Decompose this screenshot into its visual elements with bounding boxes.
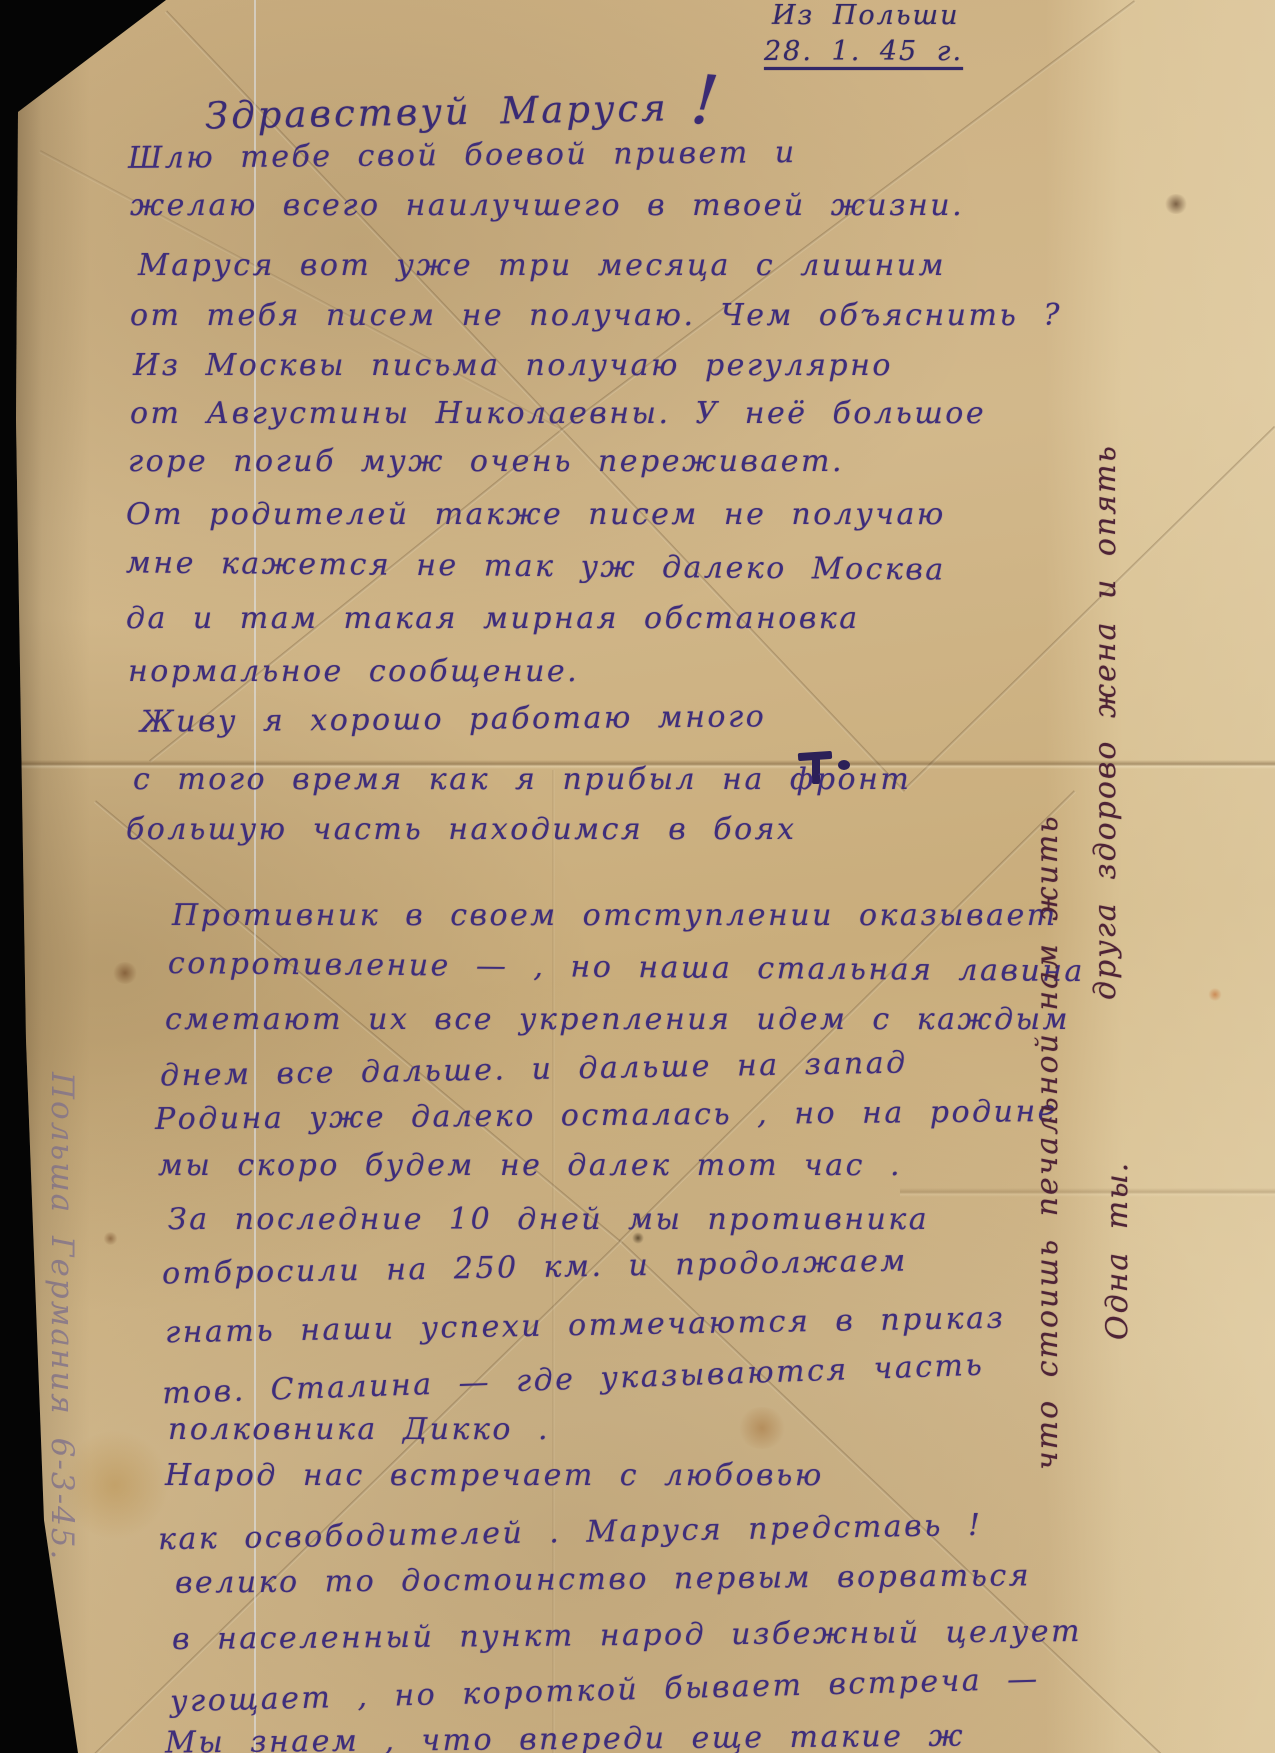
letter-date: 28. 1. 45 г. [764, 36, 963, 67]
handwriting-line: днем все дальше. и дальше на запад [160, 1045, 908, 1093]
handwriting-line: полковника Дикко . [168, 1412, 550, 1447]
handwriting-line: Из Москвы письма получаю регулярно [133, 348, 893, 383]
handwriting-line: велико то достоинство первым ворваться [175, 1558, 1031, 1600]
handwriting-line: Живу я хорошо работаю много [140, 699, 767, 739]
handwriting-line: горе погиб муж очень переживает. [128, 444, 844, 479]
letter-paper: Из Польши 28. 1. 45 г. Здравствуй Маруся… [0, 0, 1275, 1753]
handwriting-line: гнать наши успехи отмечаются в приказ [165, 1301, 1006, 1351]
handwriting-line: Маруся вот уже три месяца с лишним [138, 248, 946, 283]
handwriting-line: тов. Сталина — где указываются часть [162, 1348, 985, 1412]
scanned-letter: Из Польши 28. 1. 45 г. Здравствуй Маруся… [0, 0, 1275, 1753]
letter-greeting: Здравствуй Маруся! [204, 58, 721, 146]
handwriting-line: от тебя писем не получаю. Чем объяснить … [130, 298, 1062, 333]
margin-note-right: друга здорово жена и опять [1088, 444, 1123, 1000]
letter-origin: Из Польши [772, 0, 960, 31]
handwriting-line: нормальное сообщение. [128, 654, 579, 689]
margin-note-right: Одна ты. [1100, 1161, 1135, 1340]
handwriting-line: сопротивление — , но наша стальная лавин… [168, 946, 1085, 989]
paper-stain [103, 1232, 118, 1245]
handwriting-line: угощает , но короткой бывает встреча — [170, 1662, 1040, 1720]
handwriting-line: в населенный пункт народ избежный целует [172, 1614, 1082, 1657]
handwriting-line: Мы знаем , что впереди еще такие ж [165, 1719, 965, 1753]
margin-note-left: Польша Германия 6-3-45. [44, 1072, 80, 1561]
handwriting-line: отбросили на 250 км. и продолжаем [162, 1243, 908, 1291]
handwriting-line: мы скоро будем не далек тот час . [158, 1148, 902, 1183]
ink-blot [798, 751, 832, 761]
greeting-text: Здравствуй Маруся [205, 86, 669, 137]
paper-stain [737, 1407, 787, 1449]
handwriting-line: Народ нас встречает с любовью [165, 1458, 824, 1493]
handwriting-line: желаю всего наилучшего в твоей жизни. [130, 188, 964, 223]
handwriting-line: Противник в своем отступлении оказывает [172, 898, 1058, 933]
handwriting-line: как освободителей . Маруся представь ! [158, 1508, 983, 1557]
paper-stain [1164, 194, 1188, 214]
greeting-exclamation: ! [687, 61, 724, 142]
handwriting-line: да и там такая мирная обстановка [126, 601, 860, 636]
handwriting-line: Родина уже далеко осталась , но на родин… [155, 1094, 1058, 1137]
paper-fold-horizontal [900, 1188, 1275, 1197]
handwriting-line: За последние 10 дней мы противника [168, 1202, 929, 1237]
paper-stain [1208, 988, 1222, 1001]
handwriting-line: сметают их все укрепления идем с каждым [165, 1002, 1070, 1037]
margin-note-right: что стоишь печальной нам жить [1030, 814, 1065, 1470]
handwriting-line: От родителей также писем не получаю [126, 497, 946, 532]
paper-stain [112, 962, 138, 984]
handwriting-line: с того время как я прибыл на фронт [133, 762, 911, 797]
handwriting-line: Шлю тебе свой боевой привет и [128, 135, 797, 176]
handwriting-line: от Августины Николаевны. У неё большое [130, 396, 986, 431]
handwriting-line: большую часть находимся в боях [126, 812, 796, 847]
handwriting-line: мне кажется не так уж далеко Москва [126, 545, 946, 587]
